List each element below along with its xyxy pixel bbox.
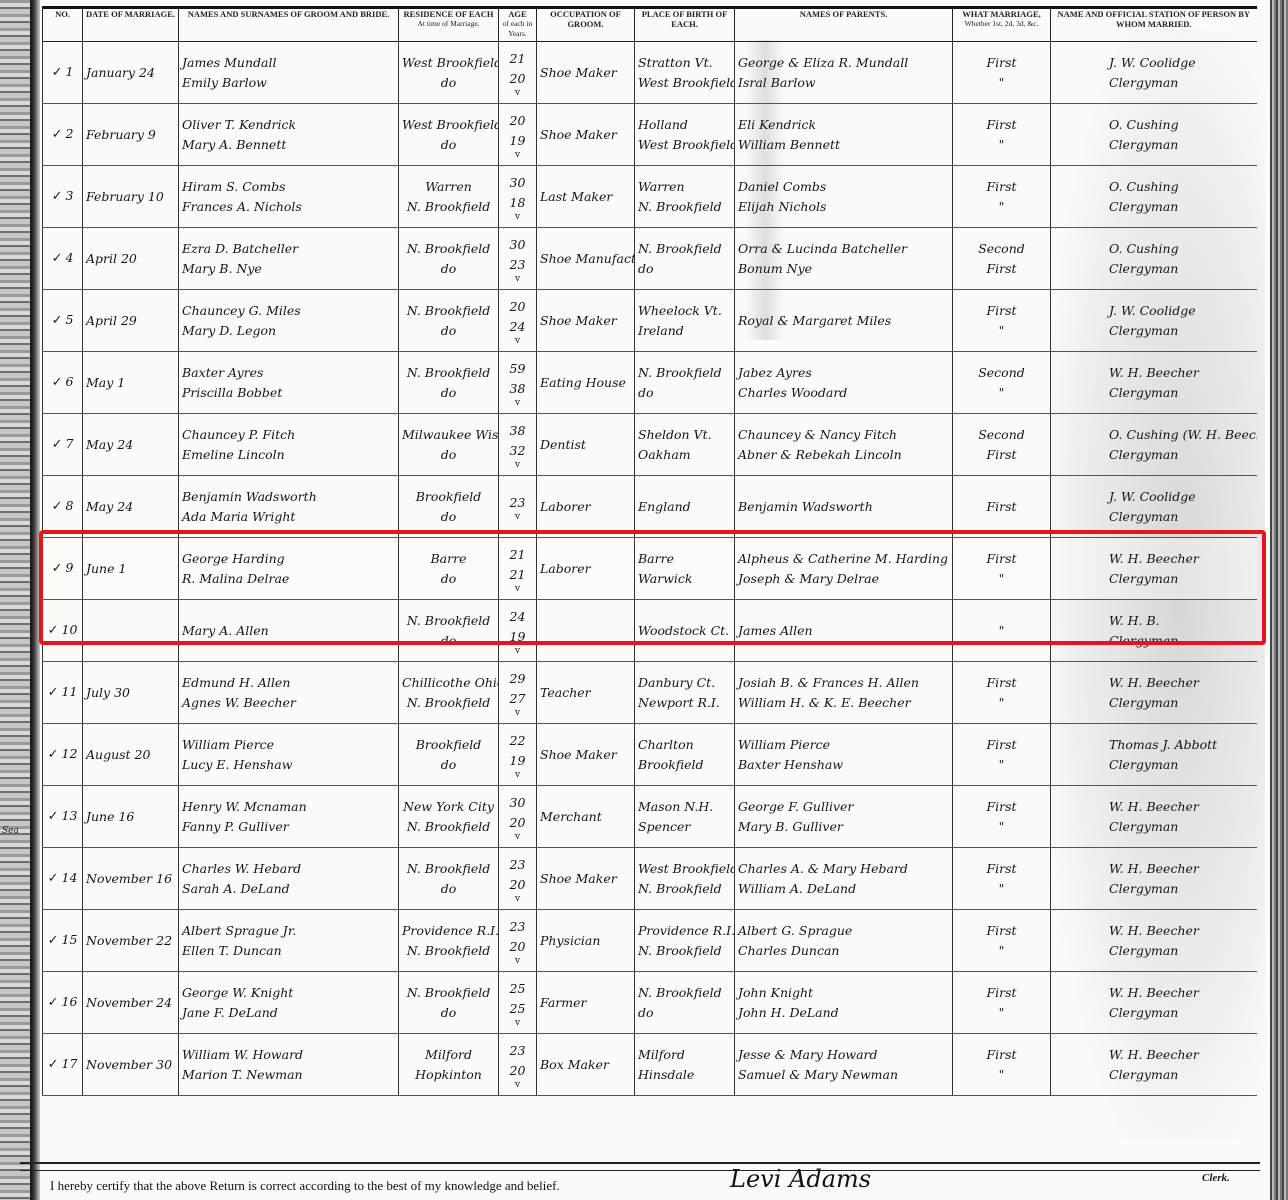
entry-number: ✓13 bbox=[43, 786, 83, 848]
birth-bride: do bbox=[638, 1003, 731, 1023]
age-groom: 23 bbox=[502, 493, 533, 513]
ages: 2019v bbox=[499, 104, 537, 166]
check-tick-icon: v bbox=[502, 399, 533, 407]
bride-name: Emily Barlow bbox=[182, 73, 395, 93]
check-tick-icon: v bbox=[502, 647, 533, 655]
marriage-order: SecondFirst bbox=[953, 414, 1051, 476]
parents-groom: Jabez Ayres bbox=[738, 363, 949, 383]
marriage-bride: " bbox=[956, 135, 1047, 155]
groom-and-bride-names: Mary A. Allen bbox=[179, 600, 399, 662]
station: Clergyman bbox=[1054, 259, 1254, 279]
birth-groom: N. Brookfield bbox=[638, 363, 731, 383]
res-groom: N. Brookfield bbox=[402, 363, 495, 383]
birth-bride: West Brookfield bbox=[638, 135, 731, 155]
col-header-no: NO. bbox=[43, 8, 83, 42]
check-tick-icon: v bbox=[502, 1019, 533, 1027]
res-bride: N. Brookfield bbox=[402, 817, 495, 837]
marriage-groom: First bbox=[956, 859, 1047, 879]
age-groom: 59 bbox=[502, 359, 533, 379]
birthplace: Wheelock Vt.Ireland bbox=[635, 290, 735, 352]
parents-bride: James Allen bbox=[738, 621, 949, 641]
marriage-groom: Second bbox=[956, 239, 1047, 259]
no: 2 bbox=[65, 126, 73, 141]
bride-name: Mary B. Nye bbox=[182, 259, 395, 279]
groom-name: Ezra D. Batcheller bbox=[182, 239, 395, 259]
birth-bride: Warwick bbox=[638, 569, 731, 589]
officiant: W. H. Beecher bbox=[1054, 363, 1254, 383]
register-entry-row: ✓8 May 24 Benjamin WadsworthAda Maria Wr… bbox=[43, 476, 1257, 538]
groom-and-bride-names: Hiram S. CombsFrances A. Nichols bbox=[179, 166, 399, 228]
entry-number: ✓4 bbox=[43, 228, 83, 290]
date: August 20 bbox=[86, 747, 150, 762]
marriage-groom: First bbox=[956, 735, 1047, 755]
check-tick-icon: v bbox=[502, 89, 533, 97]
groom-occupation: Physician bbox=[537, 910, 635, 972]
date: April 29 bbox=[86, 313, 137, 328]
marriage-order: First" bbox=[953, 42, 1051, 104]
marriage-order: First" bbox=[953, 1034, 1051, 1096]
parents-groom: Alpheus & Catherine M. Harding bbox=[738, 549, 949, 569]
birth-bride: Ireland bbox=[638, 321, 731, 341]
groom-name: Oliver T. Kendrick bbox=[182, 115, 395, 135]
marriage-order: First" bbox=[953, 724, 1051, 786]
marriage-date: February 9 bbox=[83, 104, 179, 166]
age-groom: 24 bbox=[502, 607, 533, 627]
occupation: Dentist bbox=[540, 437, 586, 452]
occupation: Box Maker bbox=[540, 1057, 609, 1072]
officiant: O. CushingClergyman bbox=[1051, 166, 1257, 228]
bride-name: Ellen T. Duncan bbox=[182, 941, 395, 961]
col-header-parents: NAMES OF PARENTS. bbox=[735, 8, 953, 42]
parents-groom: George & Eliza R. Mundall bbox=[738, 53, 949, 73]
margin-note: Sea bbox=[2, 826, 19, 836]
parents-groom: Royal & Margaret Miles bbox=[738, 311, 949, 331]
res-groom: N. Brookfield bbox=[402, 611, 495, 631]
occupation: Merchant bbox=[540, 809, 602, 824]
residence: Providence R.I.N. Brookfield bbox=[399, 910, 499, 972]
ages: 2927v bbox=[499, 662, 537, 724]
groom-occupation: Dentist bbox=[537, 414, 635, 476]
station: Clergyman bbox=[1054, 197, 1254, 217]
entry-number: ✓16 bbox=[43, 972, 83, 1034]
no: 14 bbox=[62, 870, 78, 885]
bride-name: Ada Maria Wright bbox=[182, 507, 395, 527]
birth-groom: Milford bbox=[638, 1045, 731, 1065]
marriage-bride: First bbox=[956, 259, 1047, 279]
entry-number: ✓17 bbox=[43, 1034, 83, 1096]
marriage-bride: First bbox=[956, 445, 1047, 465]
no: 8 bbox=[65, 498, 73, 513]
parents-names: Jabez AyresCharles Woodard bbox=[735, 352, 953, 414]
groom-name: Albert Sprague Jr. bbox=[182, 921, 395, 941]
ages: 5938v bbox=[499, 352, 537, 414]
groom-and-bride-names: Oliver T. KendrickMary A. Bennett bbox=[179, 104, 399, 166]
marriage-bride: " bbox=[956, 755, 1047, 775]
residence: Brookfielddo bbox=[399, 724, 499, 786]
marriage-groom: First bbox=[956, 673, 1047, 693]
marriage-groom: First bbox=[956, 497, 1047, 517]
res-groom: N. Brookfield bbox=[402, 239, 495, 259]
age-groom: 30 bbox=[502, 793, 533, 813]
checkmark-icon: ✓ bbox=[48, 871, 59, 886]
register-entry-row: ✓9 June 1 George HardingR. Malina Delrae… bbox=[43, 538, 1257, 600]
check-tick-icon: v bbox=[502, 833, 533, 841]
groom-name: William W. Howard bbox=[182, 1045, 395, 1065]
bride-name: Mary D. Legon bbox=[182, 321, 395, 341]
officiant: W. H. Beecher bbox=[1054, 549, 1254, 569]
age-groom: 25 bbox=[502, 979, 533, 999]
residence: MilfordHopkinton bbox=[399, 1034, 499, 1096]
check-tick-icon: v bbox=[502, 709, 533, 717]
officiant: Thomas J. AbbottClergyman bbox=[1051, 724, 1257, 786]
officiant: W. H. B. bbox=[1054, 611, 1254, 631]
register-entry-row: ✓3 February 10 Hiram S. CombsFrances A. … bbox=[43, 166, 1257, 228]
res-groom: Chillicothe Ohio bbox=[402, 673, 495, 693]
checkmark-icon: ✓ bbox=[48, 1057, 59, 1072]
birth-bride: N. Brookfield bbox=[638, 879, 731, 899]
col-header-marriage: WHAT MARRIAGE,Whether 1st, 2d, 3d, &c. bbox=[953, 8, 1051, 42]
groom-name: Hiram S. Combs bbox=[182, 177, 395, 197]
birthplace: Mason N.H.Spencer bbox=[635, 786, 735, 848]
officiant: W. H. BeecherClergyman bbox=[1051, 972, 1257, 1034]
parents-groom: Josiah B. & Frances H. Allen bbox=[738, 673, 949, 693]
groom-and-bride-names: Baxter AyresPriscilla Bobbet bbox=[179, 352, 399, 414]
register-entry-row: ✓13 June 16 Henry W. McnamanFanny P. Gul… bbox=[43, 786, 1257, 848]
date: May 1 bbox=[86, 375, 125, 390]
marriage-order: First" bbox=[953, 910, 1051, 972]
ages: 2419v bbox=[499, 600, 537, 662]
register-entry-row: ✓14 November 16 Charles W. HebardSarah A… bbox=[43, 848, 1257, 910]
groom-occupation: Teacher bbox=[537, 662, 635, 724]
occupation: Last Maker bbox=[540, 189, 612, 204]
checkmark-icon: ✓ bbox=[48, 933, 59, 948]
checkmark-icon: ✓ bbox=[52, 499, 63, 514]
officiant: J. W. Coolidge bbox=[1054, 487, 1254, 507]
marriage-date: November 24 bbox=[83, 972, 179, 1034]
ages: 2320v bbox=[499, 1034, 537, 1096]
marriage-date: February 10 bbox=[83, 166, 179, 228]
marriage-groom: First bbox=[956, 983, 1047, 1003]
residence: New York CityN. Brookfield bbox=[399, 786, 499, 848]
birth-groom: Warren bbox=[638, 177, 731, 197]
residence: West Brookfielddo bbox=[399, 42, 499, 104]
birthplace: N. Brookfielddo bbox=[635, 352, 735, 414]
age-groom: 38 bbox=[502, 421, 533, 441]
res-groom: N. Brookfield bbox=[402, 983, 495, 1003]
officiant: W. H. BeecherClergyman bbox=[1051, 352, 1257, 414]
parents-bride: Abner & Rebekah Lincoln bbox=[738, 445, 949, 465]
entry-number: ✓2 bbox=[43, 104, 83, 166]
parents-names: Charles A. & Mary HebardWilliam A. DeLan… bbox=[735, 848, 953, 910]
entry-number: ✓3 bbox=[43, 166, 83, 228]
res-groom: Providence R.I. bbox=[402, 921, 495, 941]
marriage-bride: " bbox=[956, 1065, 1047, 1085]
check-tick-icon: v bbox=[502, 895, 533, 903]
groom-name: Benjamin Wadsworth bbox=[182, 487, 395, 507]
parents-names: Orra & Lucinda BatchellerBonum Nye bbox=[735, 228, 953, 290]
date: July 30 bbox=[86, 685, 130, 700]
parents-bride: Joseph & Mary Delrae bbox=[738, 569, 949, 589]
marriage-order: First" bbox=[953, 848, 1051, 910]
marriage-date: June 1 bbox=[83, 538, 179, 600]
entry-number: ✓5 bbox=[43, 290, 83, 352]
officiant: O. Cushing bbox=[1054, 239, 1254, 259]
age-bride: 21 bbox=[502, 565, 533, 585]
res-bride: Hopkinton bbox=[402, 1065, 495, 1085]
station: Clergyman bbox=[1054, 693, 1254, 713]
officiant: O. Cushing (W. H. Beecher struck)Clergym… bbox=[1051, 414, 1257, 476]
birth-bride: Brookfield bbox=[638, 755, 731, 775]
register-entry-row: ✓2 February 9 Oliver T. KendrickMary A. … bbox=[43, 104, 1257, 166]
marriage-groom: First bbox=[956, 1045, 1047, 1065]
age-bride: 27 bbox=[502, 689, 533, 709]
marriage-order: First" bbox=[953, 166, 1051, 228]
birthplace: WarrenN. Brookfield bbox=[635, 166, 735, 228]
col-header-residence: RESIDENCE OF EACHAt time of Marriage. bbox=[399, 8, 499, 42]
parents-bride: Samuel & Mary Newman bbox=[738, 1065, 949, 1085]
marriage-date: November 30 bbox=[83, 1034, 179, 1096]
entry-number: ✓8 bbox=[43, 476, 83, 538]
checkmark-icon: ✓ bbox=[52, 561, 63, 576]
birth-groom: Providence R.I. bbox=[638, 921, 731, 941]
marriage-order: First" bbox=[953, 290, 1051, 352]
res-groom: Milwaukee Wis. bbox=[402, 425, 495, 445]
parents-names: John KnightJohn H. DeLand bbox=[735, 972, 953, 1034]
groom-occupation: Merchant bbox=[537, 786, 635, 848]
officiant: W. H. Beecher bbox=[1054, 859, 1254, 879]
age-bride: 20 bbox=[502, 875, 533, 895]
res-groom: N. Brookfield bbox=[402, 859, 495, 879]
entry-number: ✓15 bbox=[43, 910, 83, 972]
station: Clergyman bbox=[1054, 569, 1254, 589]
marriage-date bbox=[83, 600, 179, 662]
occupation: Shoe Maker bbox=[540, 65, 617, 80]
birthplace: Providence R.I.N. Brookfield bbox=[635, 910, 735, 972]
res-bride: N. Brookfield bbox=[402, 693, 495, 713]
ages: 2320v bbox=[499, 848, 537, 910]
bride-name: Frances A. Nichols bbox=[182, 197, 395, 217]
res-bride: do bbox=[402, 569, 495, 589]
officiant: W. H. Beecher bbox=[1054, 673, 1254, 693]
marriage-bride: " bbox=[956, 941, 1047, 961]
res-bride: do bbox=[402, 507, 495, 527]
age-groom: 29 bbox=[502, 669, 533, 689]
birth-groom: West Brookfield bbox=[638, 859, 731, 879]
marriage-bride: " bbox=[956, 321, 1047, 341]
marriage-bride: " bbox=[956, 197, 1047, 217]
register-entry-row: ✓1 January 24 James MundallEmily Barlow … bbox=[43, 42, 1257, 104]
station: Clergyman bbox=[1054, 73, 1254, 93]
officiant: W. H. Beecher bbox=[1054, 797, 1254, 817]
age-bride: 20 bbox=[502, 1061, 533, 1081]
groom-occupation: Laborer bbox=[537, 538, 635, 600]
parents-names: Josiah B. & Frances H. AllenWilliam H. &… bbox=[735, 662, 953, 724]
register-entry-row: ✓7 May 24 Chauncey P. FitchEmeline Linco… bbox=[43, 414, 1257, 476]
clerk-signature: Levi Adams bbox=[730, 1165, 871, 1193]
entry-number: ✓12 bbox=[43, 724, 83, 786]
officiant: W. H. Beecher bbox=[1054, 921, 1254, 941]
groom-name: Charles W. Hebard bbox=[182, 859, 395, 879]
parents-groom: Orra & Lucinda Batcheller bbox=[738, 239, 949, 259]
res-bride: N. Brookfield bbox=[402, 941, 495, 961]
groom-and-bride-names: George HardingR. Malina Delrae bbox=[179, 538, 399, 600]
marriage-groom: First bbox=[956, 921, 1047, 941]
groom-name: George Harding bbox=[182, 549, 395, 569]
res-bride: do bbox=[402, 321, 495, 341]
residence: Chillicothe OhioN. Brookfield bbox=[399, 662, 499, 724]
no: 16 bbox=[62, 994, 78, 1009]
parents-bride: Mary B. Gulliver bbox=[738, 817, 949, 837]
age-bride: 20 bbox=[502, 69, 533, 89]
check-tick-icon: v bbox=[502, 151, 533, 159]
parents-groom: John Knight bbox=[738, 983, 949, 1003]
date: April 20 bbox=[86, 251, 137, 266]
station: Clergyman bbox=[1054, 755, 1254, 775]
no: 5 bbox=[65, 312, 73, 327]
marriage-order: First" bbox=[953, 972, 1051, 1034]
date: January 24 bbox=[86, 65, 155, 80]
groom-and-bride-names: Henry W. McnamanFanny P. Gulliver bbox=[179, 786, 399, 848]
ages: 3023v bbox=[499, 228, 537, 290]
marriage-order: " bbox=[953, 600, 1051, 662]
groom-name: Chauncey P. Fitch bbox=[182, 425, 395, 445]
occupation: Laborer bbox=[540, 561, 591, 576]
station: Clergyman bbox=[1054, 135, 1254, 155]
marriage-date: May 1 bbox=[83, 352, 179, 414]
ages: 3020v bbox=[499, 786, 537, 848]
parents-names: Benjamin Wadsworth bbox=[735, 476, 953, 538]
register-entry-row: ✓12 August 20 William PierceLucy E. Hens… bbox=[43, 724, 1257, 786]
marriage-order: SecondFirst bbox=[953, 228, 1051, 290]
parents-names: Daniel CombsElijah Nichols bbox=[735, 166, 953, 228]
col-header-birthplace: PLACE OF BIRTH OF EACH. bbox=[635, 8, 735, 42]
no: 12 bbox=[62, 746, 78, 761]
age-bride: 19 bbox=[502, 131, 533, 151]
birth-bride: Hinsdale bbox=[638, 1065, 731, 1085]
groom-name: Baxter Ayres bbox=[182, 363, 395, 383]
res-groom: Brookfield bbox=[402, 735, 495, 755]
groom-and-bride-names: Chauncey P. FitchEmeline Lincoln bbox=[179, 414, 399, 476]
birth-groom: N. Brookfield bbox=[638, 983, 731, 1003]
marriage-groom: First bbox=[956, 115, 1047, 135]
birth-groom: Barre bbox=[638, 549, 731, 569]
officiant: J. W. CoolidgeClergyman bbox=[1051, 476, 1257, 538]
marriage-bride: " bbox=[956, 383, 1047, 403]
marriage-date: April 20 bbox=[83, 228, 179, 290]
birth-bride: N. Brookfield bbox=[638, 197, 731, 217]
res-groom: West Brookfield bbox=[402, 115, 495, 135]
birth-bride: Newport R.I. bbox=[638, 693, 731, 713]
parents-names: William PierceBaxter Henshaw bbox=[735, 724, 953, 786]
parents-names: Chauncey & Nancy FitchAbner & Rebekah Li… bbox=[735, 414, 953, 476]
entry-number: ✓7 bbox=[43, 414, 83, 476]
age-groom: 20 bbox=[502, 297, 533, 317]
groom-and-bride-names: William W. HowardMarion T. Newman bbox=[179, 1034, 399, 1096]
header-row: NO. DATE OF MARRIAGE. NAMES AND SURNAMES… bbox=[43, 8, 1257, 42]
date: May 24 bbox=[86, 499, 133, 514]
res-bride: do bbox=[402, 445, 495, 465]
officiant: Thomas J. Abbott bbox=[1054, 735, 1254, 755]
occupation: Shoe Manufacturer bbox=[540, 251, 635, 266]
entry-number: ✓10 bbox=[43, 600, 83, 662]
birth-groom: Charlton bbox=[638, 735, 731, 755]
groom-name: Henry W. Mcnaman bbox=[182, 797, 395, 817]
groom-and-bride-names: Benjamin WadsworthAda Maria Wright bbox=[179, 476, 399, 538]
date: June 1 bbox=[86, 561, 126, 576]
occupation: Teacher bbox=[540, 685, 591, 700]
checkmark-icon: ✓ bbox=[48, 623, 59, 638]
date: February 9 bbox=[86, 127, 156, 142]
parents-bride: Baxter Henshaw bbox=[738, 755, 949, 775]
birth-bride: N. Brookfield bbox=[638, 941, 731, 961]
age-bride: 24 bbox=[502, 317, 533, 337]
checkmark-icon: ✓ bbox=[52, 189, 63, 204]
residence: N. Brookfielddo bbox=[399, 600, 499, 662]
marriage-bride: " bbox=[956, 73, 1047, 93]
officiant: W. H. BeecherClergyman bbox=[1051, 848, 1257, 910]
birthplace: MilfordHinsdale bbox=[635, 1034, 735, 1096]
marriage-date: June 16 bbox=[83, 786, 179, 848]
checkmark-icon: ✓ bbox=[48, 685, 59, 700]
ages: 3832v bbox=[499, 414, 537, 476]
residence: Milwaukee Wis.do bbox=[399, 414, 499, 476]
groom-and-bride-names: Ezra D. BatchellerMary B. Nye bbox=[179, 228, 399, 290]
entry-number: ✓11 bbox=[43, 662, 83, 724]
birthplace: Stratton Vt.West Brookfield bbox=[635, 42, 735, 104]
res-groom: N. Brookfield bbox=[402, 301, 495, 321]
groom-occupation: Shoe Maker bbox=[537, 848, 635, 910]
parents-bride: Charles Woodard bbox=[738, 383, 949, 403]
station: Clergyman bbox=[1054, 383, 1254, 403]
entry-number: ✓14 bbox=[43, 848, 83, 910]
occupation: Shoe Maker bbox=[540, 747, 617, 762]
groom-and-bride-names: Albert Sprague Jr.Ellen T. Duncan bbox=[179, 910, 399, 972]
age-groom: 23 bbox=[502, 1041, 533, 1061]
marriage-bride: " bbox=[956, 693, 1047, 713]
age-groom: 20 bbox=[502, 111, 533, 131]
no: 13 bbox=[62, 808, 78, 823]
bride-name: Lucy E. Henshaw bbox=[182, 755, 395, 775]
parents-groom: Jesse & Mary Howard bbox=[738, 1045, 949, 1065]
marriage-date: August 20 bbox=[83, 724, 179, 786]
parents-groom: Charles A. & Mary Hebard bbox=[738, 859, 949, 879]
col-header-officiant: NAME AND OFFICIAL STATION OF PERSON BY W… bbox=[1051, 8, 1257, 42]
marriage-date: November 16 bbox=[83, 848, 179, 910]
marriage-order: First" bbox=[953, 104, 1051, 166]
groom-name: William Pierce bbox=[182, 735, 395, 755]
checkmark-icon: ✓ bbox=[52, 437, 63, 452]
checkmark-icon: ✓ bbox=[48, 809, 59, 824]
birth-bride: Oakham bbox=[638, 445, 731, 465]
res-bride: do bbox=[402, 631, 495, 651]
parents-bride: William Bennett bbox=[738, 135, 949, 155]
no: 11 bbox=[62, 684, 78, 699]
birth-groom: N. Brookfield bbox=[638, 239, 731, 259]
age-bride: 18 bbox=[502, 193, 533, 213]
birth-bride: Spencer bbox=[638, 817, 731, 837]
marriage-groom: First bbox=[956, 301, 1047, 321]
checkmark-icon: ✓ bbox=[52, 127, 63, 142]
bride-name: Priscilla Bobbet bbox=[182, 383, 395, 403]
bride-name: Marion T. Newman bbox=[182, 1065, 395, 1085]
res-bride: do bbox=[402, 73, 495, 93]
register-entry-row: ✓17 November 30 William W. HowardMarion … bbox=[43, 1034, 1257, 1096]
bride-name: R. Malina Delrae bbox=[182, 569, 395, 589]
parents-names: George F. GulliverMary B. Gulliver bbox=[735, 786, 953, 848]
parents-names: Royal & Margaret Miles bbox=[735, 290, 953, 352]
officiant: O. Cushing bbox=[1054, 115, 1254, 135]
no: 15 bbox=[62, 932, 78, 947]
